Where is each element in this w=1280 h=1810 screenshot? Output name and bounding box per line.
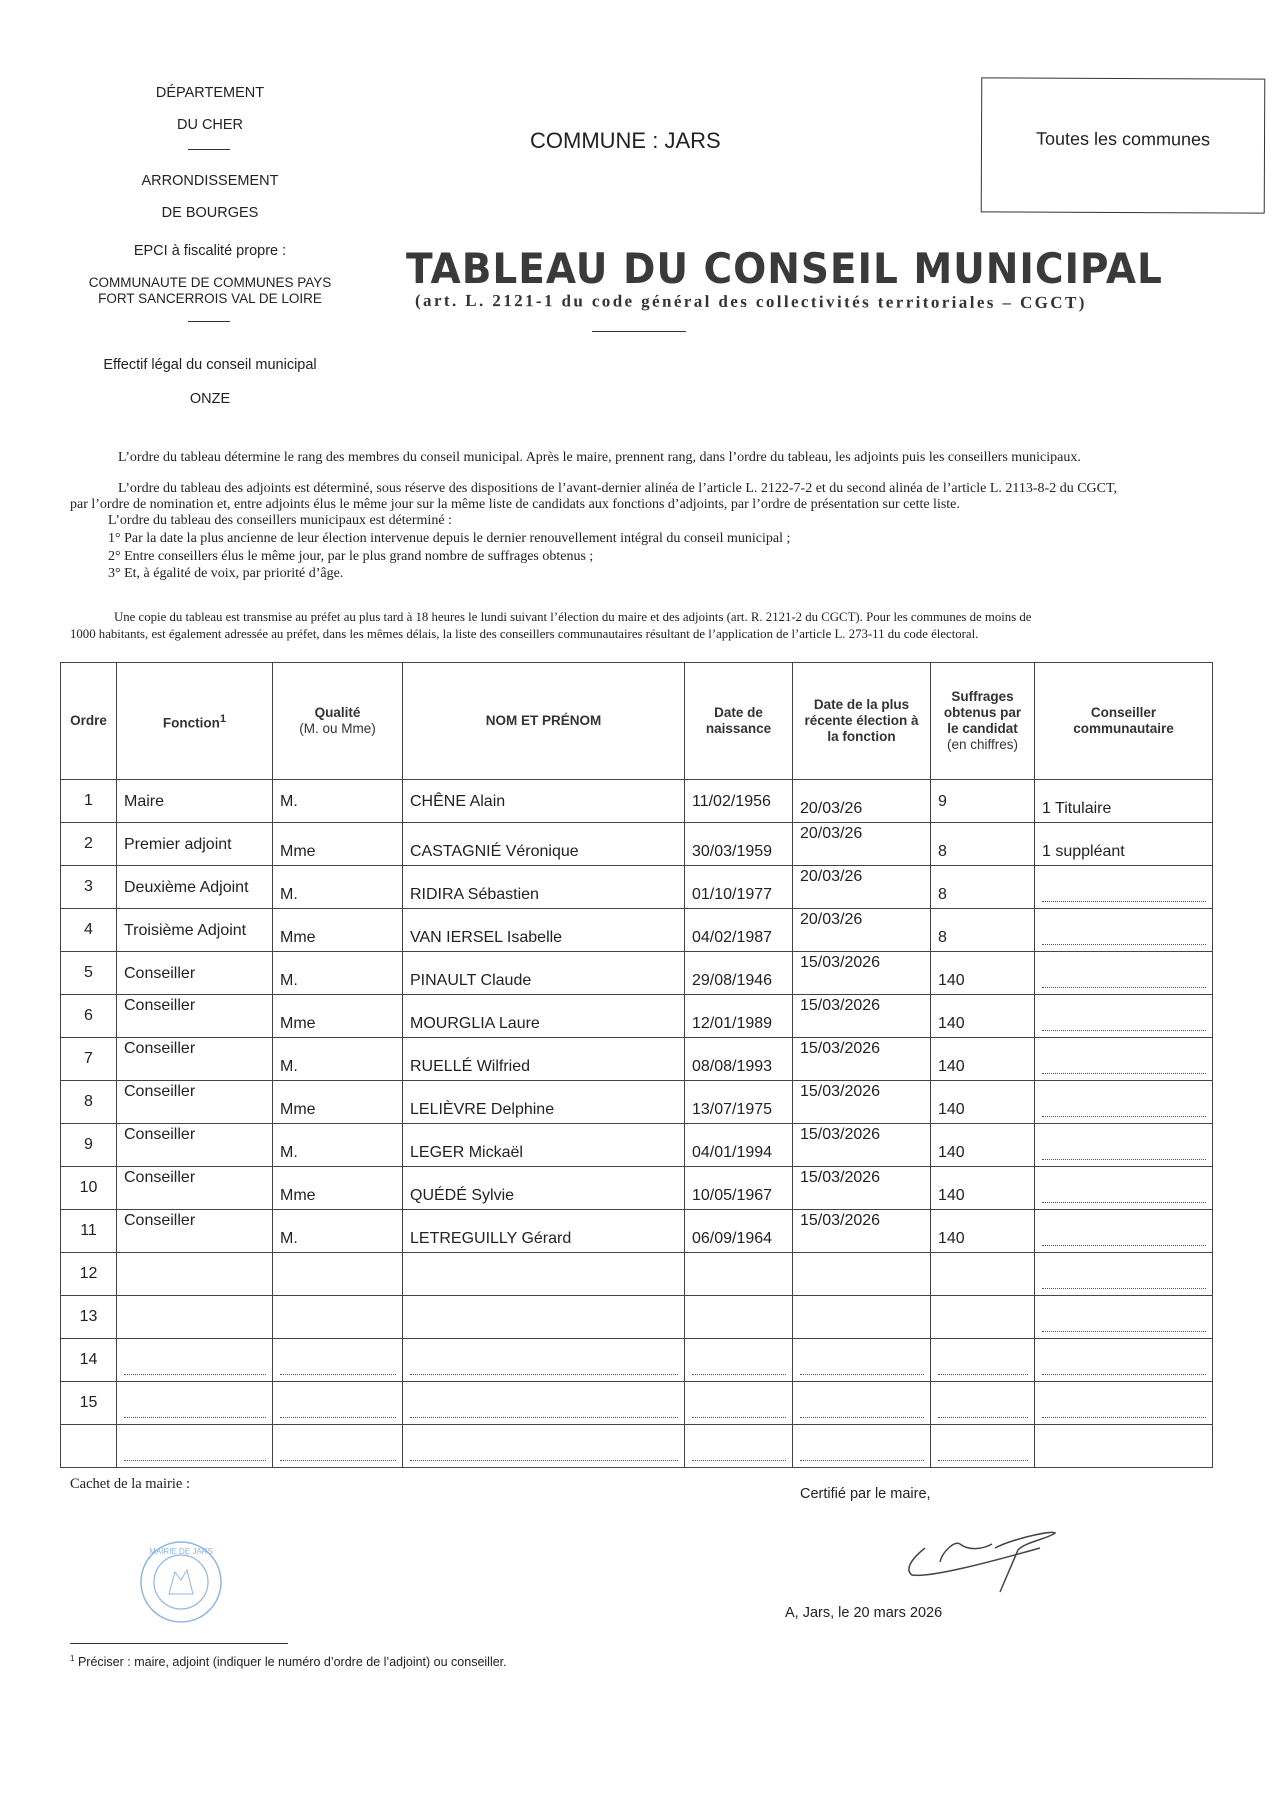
cell-nom: PINAULT Claude — [403, 952, 685, 995]
header-fonction: Fonction1 — [117, 663, 273, 780]
cell-naissance: 08/08/1993 — [685, 1038, 793, 1081]
header-communautaire: Conseiller communautaire — [1035, 663, 1213, 780]
blank-field-dots — [1042, 987, 1206, 988]
cell-ordre: 6 — [61, 995, 117, 1038]
cell-nom: RIDIRA Sébastien — [403, 866, 685, 909]
blank-field-dots — [938, 1374, 1028, 1375]
paragraph-rule-1: 1° Par la date la plus ancienne de leur … — [108, 531, 790, 547]
blank-field-dots — [692, 1374, 786, 1375]
cell-suffrages: 8 — [931, 909, 1035, 952]
table-row: 4Troisième AdjointMmeVAN IERSEL Isabelle… — [61, 909, 1213, 952]
cell-communautaire — [1035, 1038, 1213, 1081]
table-row: 1MaireM.CHÊNE Alain11/02/195620/03/2691 … — [61, 780, 1213, 823]
effectif-value: ONZE — [60, 391, 360, 407]
epci-name-line2: FORT SANCERROIS VAL DE LOIRE — [60, 291, 360, 306]
cell-qualite: M. — [273, 1210, 403, 1253]
cell-communautaire — [1035, 1339, 1213, 1382]
cell-qualite: M. — [273, 866, 403, 909]
cell-ordre: 1 — [61, 780, 117, 823]
blank-field-dots — [692, 1460, 786, 1461]
cell-election: 15/03/2026 — [793, 995, 931, 1038]
cell-nom: VAN IERSEL Isabelle — [403, 909, 685, 952]
blank-field-dots — [1042, 1116, 1206, 1117]
cell-qualite — [273, 1253, 403, 1296]
blank-field-dots — [800, 1374, 924, 1375]
table-row: 6ConseillerMmeMOURGLIA Laure12/01/198915… — [61, 995, 1213, 1038]
blank-field-dots — [1042, 1417, 1206, 1418]
cell-communautaire — [1035, 952, 1213, 995]
cell-election: 15/03/2026 — [793, 1124, 931, 1167]
cell-ordre: 12 — [61, 1253, 117, 1296]
cell-communautaire — [1035, 1253, 1213, 1296]
arrondissement-label: ARRONDISSEMENT — [60, 173, 360, 189]
header-election: Date de la plus récente élection à la fo… — [793, 663, 931, 780]
cell-nom — [403, 1382, 685, 1425]
cell-election — [793, 1382, 931, 1425]
paragraph-conseillers-intro: L’ordre du tableau des conseillers munic… — [108, 513, 452, 529]
footnote-divider — [70, 1643, 288, 1644]
cell-nom: QUÉDÉ Sylvie — [403, 1167, 685, 1210]
blank-field-dots — [280, 1460, 396, 1461]
scope-box: Toutes les communes — [981, 77, 1266, 213]
cell-suffrages — [931, 1382, 1035, 1425]
cell-qualite: M. — [273, 1124, 403, 1167]
cell-nom: LELIÈVRE Delphine — [403, 1081, 685, 1124]
header-naissance: Date de naissance — [685, 663, 793, 780]
cell-qualite — [273, 1296, 403, 1339]
cell-suffrages: 140 — [931, 1210, 1035, 1253]
cell-ordre: 10 — [61, 1167, 117, 1210]
cell-ordre: 8 — [61, 1081, 117, 1124]
cell-election — [793, 1253, 931, 1296]
signature-place-date: A, Jars, le 20 mars 2026 — [785, 1605, 942, 1621]
blank-field-dots — [410, 1374, 678, 1375]
cell-ordre — [61, 1425, 117, 1468]
divider — [188, 321, 230, 322]
cell-fonction: Conseiller — [117, 952, 273, 995]
cell-suffrages — [931, 1339, 1035, 1382]
blank-field-dots — [1042, 1245, 1206, 1246]
cell-communautaire — [1035, 909, 1213, 952]
cell-nom — [403, 1425, 685, 1468]
cell-fonction: Deuxième Adjoint — [117, 866, 273, 909]
effectif-label: Effectif légal du conseil municipal — [60, 357, 360, 373]
cell-fonction — [117, 1296, 273, 1339]
cell-naissance: 04/01/1994 — [685, 1124, 793, 1167]
cell-suffrages — [931, 1425, 1035, 1468]
cell-suffrages: 8 — [931, 866, 1035, 909]
footnote: 1 Préciser : maire, adjoint (indiquer le… — [70, 1654, 507, 1669]
blank-field-dots — [1042, 1331, 1206, 1332]
blank-field-dots — [1042, 901, 1206, 902]
cell-fonction: Conseiller — [117, 1038, 273, 1081]
paragraph-copie-line2: 1000 habitants, est également adressée a… — [70, 626, 978, 642]
header-suffrages: Suffrages obtenus par le candidat(en chi… — [931, 663, 1035, 780]
cell-qualite: Mme — [273, 995, 403, 1038]
cell-naissance: 13/07/1975 — [685, 1081, 793, 1124]
cell-ordre: 2 — [61, 823, 117, 866]
divider — [188, 149, 230, 150]
svg-text:MAIRIE DE JARS: MAIRIE DE JARS — [149, 1547, 213, 1556]
cell-ordre: 4 — [61, 909, 117, 952]
cell-ordre: 7 — [61, 1038, 117, 1081]
table-row: 5ConseillerM.PINAULT Claude29/08/194615/… — [61, 952, 1213, 995]
blank-field-dots — [1042, 1374, 1206, 1375]
table-row: 14 — [61, 1339, 1213, 1382]
cell-communautaire: 1 suppléant — [1035, 823, 1213, 866]
cell-naissance: 30/03/1959 — [685, 823, 793, 866]
cell-nom: MOURGLIA Laure — [403, 995, 685, 1038]
cell-naissance — [685, 1382, 793, 1425]
cell-qualite — [273, 1425, 403, 1468]
epci-label: EPCI à fiscalité propre : — [60, 243, 360, 259]
blank-field-dots — [410, 1460, 678, 1461]
blank-field-dots — [1042, 1202, 1206, 1203]
paragraph-rule-3: 3° Et, à égalité de voix, par priorité d… — [108, 566, 343, 582]
cell-fonction: Premier adjoint — [117, 823, 273, 866]
header-qualite: Qualité(M. ou Mme) — [273, 663, 403, 780]
cell-suffrages: 8 — [931, 823, 1035, 866]
cell-ordre: 11 — [61, 1210, 117, 1253]
certified-label: Certifié par le maire, — [800, 1486, 931, 1502]
cell-suffrages: 140 — [931, 1081, 1035, 1124]
cell-naissance: 06/09/1964 — [685, 1210, 793, 1253]
paragraph-adjoints-line2: par l’ordre de nomination et, entre adjo… — [70, 497, 960, 513]
blank-field-dots — [124, 1374, 266, 1375]
commune-name: COMMUNE : JARS — [530, 128, 721, 154]
header-ordre: Ordre — [61, 663, 117, 780]
cell-fonction: Conseiller — [117, 995, 273, 1038]
cell-qualite: Mme — [273, 1081, 403, 1124]
cell-fonction: Conseiller — [117, 1210, 273, 1253]
blank-field-dots — [1042, 1030, 1206, 1031]
cell-naissance: 29/08/1946 — [685, 952, 793, 995]
cell-fonction — [117, 1339, 273, 1382]
cell-fonction — [117, 1382, 273, 1425]
cell-qualite: M. — [273, 952, 403, 995]
title-divider — [592, 331, 686, 332]
cell-suffrages: 140 — [931, 1167, 1035, 1210]
blank-field-dots — [1042, 944, 1206, 945]
cell-election: 20/03/26 — [793, 780, 931, 823]
council-table: Ordre Fonction1 Qualité(M. ou Mme) NOM E… — [60, 662, 1212, 1468]
page-subtitle: (art. L. 2121-1 du code général des coll… — [415, 291, 1087, 313]
cell-ordre: 13 — [61, 1296, 117, 1339]
cell-naissance: 12/01/1989 — [685, 995, 793, 1038]
cell-suffrages: 140 — [931, 1038, 1035, 1081]
cell-qualite: Mme — [273, 1167, 403, 1210]
cell-communautaire — [1035, 1167, 1213, 1210]
table-row: 7ConseillerM.RUELLÉ Wilfried08/08/199315… — [61, 1038, 1213, 1081]
table-header-row: Ordre Fonction1 Qualité(M. ou Mme) NOM E… — [61, 663, 1213, 780]
table-row: 8ConseillerMmeLELIÈVRE Delphine13/07/197… — [61, 1081, 1213, 1124]
cell-election: 20/03/26 — [793, 909, 931, 952]
blank-field-dots — [938, 1460, 1028, 1461]
blank-field-dots — [280, 1417, 396, 1418]
blank-field-dots — [938, 1417, 1028, 1418]
cell-election: 15/03/2026 — [793, 952, 931, 995]
cell-election — [793, 1425, 931, 1468]
table-row — [61, 1425, 1213, 1468]
cell-naissance — [685, 1296, 793, 1339]
cell-election: 15/03/2026 — [793, 1081, 931, 1124]
cell-election: 15/03/2026 — [793, 1210, 931, 1253]
table-row: 11ConseillerM.LETREGUILLY Gérard06/09/19… — [61, 1210, 1213, 1253]
cell-ordre: 9 — [61, 1124, 117, 1167]
cell-fonction: Troisième Adjoint — [117, 909, 273, 952]
cell-communautaire — [1035, 1425, 1213, 1468]
cell-suffrages: 9 — [931, 780, 1035, 823]
blank-field-dots — [1042, 1073, 1206, 1074]
cell-nom: RUELLÉ Wilfried — [403, 1038, 685, 1081]
paragraph-adjoints-line1: L’ordre du tableau des adjoints est déte… — [118, 481, 1117, 497]
blank-field-dots — [124, 1460, 266, 1461]
cell-election — [793, 1339, 931, 1382]
mairie-stamp-icon: MAIRIE DE JARS — [135, 1536, 227, 1628]
cell-fonction: Conseiller — [117, 1167, 273, 1210]
cell-qualite — [273, 1382, 403, 1425]
arrondissement-value: DE BOURGES — [60, 205, 360, 221]
cell-suffrages: 140 — [931, 952, 1035, 995]
cell-suffrages — [931, 1253, 1035, 1296]
cell-ordre: 14 — [61, 1339, 117, 1382]
paragraph-ordre: L’ordre du tableau détermine le rang des… — [118, 450, 1081, 466]
cell-election: 15/03/2026 — [793, 1167, 931, 1210]
table-row: 15 — [61, 1382, 1213, 1425]
cell-election — [793, 1296, 931, 1339]
cell-communautaire — [1035, 1081, 1213, 1124]
cell-nom: CASTAGNIÉ Véronique — [403, 823, 685, 866]
blank-field-dots — [280, 1374, 396, 1375]
blank-field-dots — [800, 1460, 924, 1461]
cell-naissance — [685, 1253, 793, 1296]
blank-field-dots — [692, 1417, 786, 1418]
page-title: TABLEAU DU CONSEIL MUNICIPAL — [406, 244, 1163, 293]
cell-qualite — [273, 1339, 403, 1382]
table-row: 2Premier adjointMmeCASTAGNIÉ Véronique30… — [61, 823, 1213, 866]
cell-communautaire — [1035, 1210, 1213, 1253]
cell-nom: CHÊNE Alain — [403, 780, 685, 823]
cell-election: 15/03/2026 — [793, 1038, 931, 1081]
cell-suffrages — [931, 1296, 1035, 1339]
cachet-label: Cachet de la mairie : — [70, 1476, 190, 1493]
cell-naissance: 04/02/1987 — [685, 909, 793, 952]
cell-fonction: Conseiller — [117, 1124, 273, 1167]
cell-communautaire — [1035, 866, 1213, 909]
departement-value: DU CHER — [60, 117, 360, 133]
cell-nom: LEGER Mickaël — [403, 1124, 685, 1167]
header-nom: NOM ET PRÉNOM — [403, 663, 685, 780]
blank-field-dots — [124, 1417, 266, 1418]
cell-qualite: M. — [273, 780, 403, 823]
table-row: 13 — [61, 1296, 1213, 1339]
paragraph-rule-2: 2° Entre conseillers élus le même jour, … — [108, 549, 593, 565]
paragraph-copie-line1: Une copie du tableau est transmise au pr… — [114, 609, 1031, 625]
cell-qualite: M. — [273, 1038, 403, 1081]
scope-box-text: Toutes les communes — [982, 128, 1264, 150]
cell-nom — [403, 1339, 685, 1382]
cell-communautaire — [1035, 1382, 1213, 1425]
cell-nom — [403, 1253, 685, 1296]
cell-communautaire — [1035, 1296, 1213, 1339]
table-row: 9ConseillerM.LEGER Mickaël04/01/199415/0… — [61, 1124, 1213, 1167]
table-row: 12 — [61, 1253, 1213, 1296]
cell-naissance: 11/02/1956 — [685, 780, 793, 823]
cell-election: 20/03/26 — [793, 866, 931, 909]
cell-nom — [403, 1296, 685, 1339]
cell-fonction: Maire — [117, 780, 273, 823]
cell-fonction — [117, 1425, 273, 1468]
cell-fonction: Conseiller — [117, 1081, 273, 1124]
cell-suffrages: 140 — [931, 995, 1035, 1038]
cell-communautaire — [1035, 1124, 1213, 1167]
blank-field-dots — [1042, 1159, 1206, 1160]
cell-qualite: Mme — [273, 823, 403, 866]
cell-communautaire — [1035, 995, 1213, 1038]
cell-naissance — [685, 1339, 793, 1382]
cell-naissance: 01/10/1977 — [685, 866, 793, 909]
cell-election: 20/03/26 — [793, 823, 931, 866]
cell-ordre: 5 — [61, 952, 117, 995]
blank-field-dots — [800, 1417, 924, 1418]
cell-suffrages: 140 — [931, 1124, 1035, 1167]
mayor-signature — [900, 1530, 1100, 1600]
blank-field-dots — [410, 1417, 678, 1418]
departement-label: DÉPARTEMENT — [60, 85, 360, 101]
epci-name-line1: COMMUNAUTE DE COMMUNES PAYS — [60, 275, 360, 290]
cell-naissance: 10/05/1967 — [685, 1167, 793, 1210]
cell-communautaire: 1 Titulaire — [1035, 780, 1213, 823]
table-row: 10ConseillerMmeQUÉDÉ Sylvie10/05/196715/… — [61, 1167, 1213, 1210]
cell-naissance — [685, 1425, 793, 1468]
cell-nom: LETREGUILLY Gérard — [403, 1210, 685, 1253]
blank-field-dots — [1042, 1288, 1206, 1289]
administrative-header: DÉPARTEMENT DU CHER ARRONDISSEMENT DE BO… — [60, 80, 360, 420]
cell-ordre: 15 — [61, 1382, 117, 1425]
cell-ordre: 3 — [61, 866, 117, 909]
cell-qualite: Mme — [273, 909, 403, 952]
table-row: 3Deuxième AdjointM.RIDIRA Sébastien01/10… — [61, 866, 1213, 909]
cell-fonction — [117, 1253, 273, 1296]
